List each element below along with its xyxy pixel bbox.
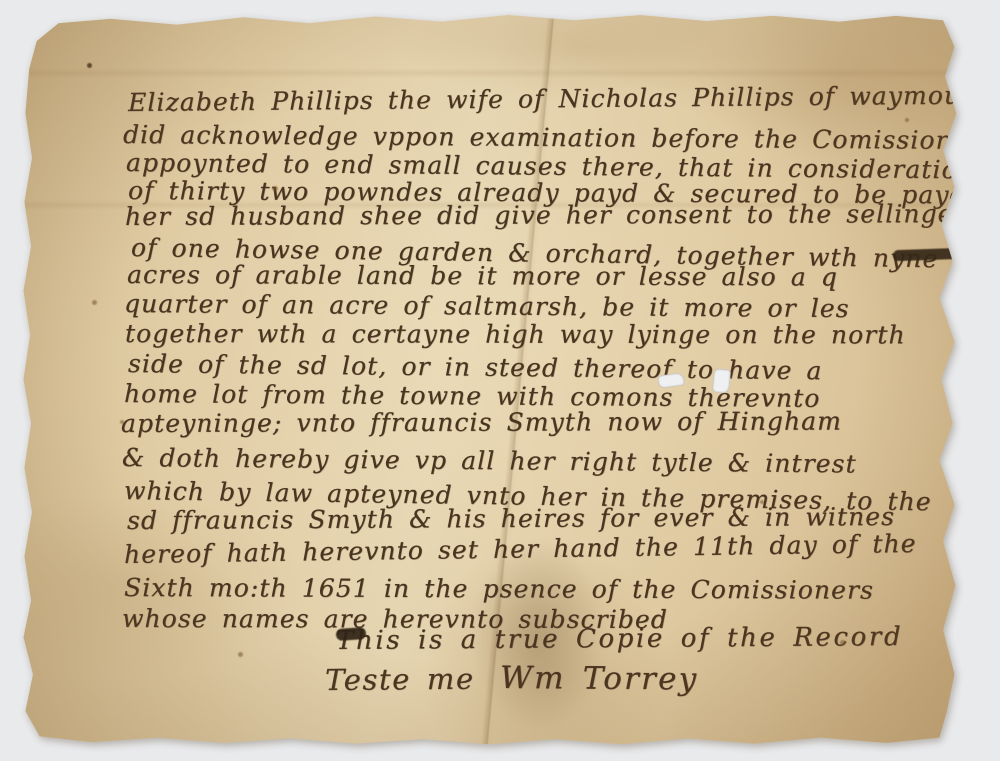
stain-spot	[272, 186, 278, 191]
manuscript-paper-wrap: Elizabeth Phillips the wife of Nicholas …	[16, 10, 962, 748]
ink-blot	[336, 627, 367, 641]
stain-spot	[760, 500, 764, 504]
manuscript-line-7: acres of arable land be it more or lesse…	[127, 260, 838, 291]
manuscript-line-12: apteyninge; vnto ffrauncis Smyth now of …	[121, 406, 842, 438]
stain-spot	[92, 300, 97, 305]
paper-hole	[712, 368, 731, 393]
attestation-line: This is a true Copie of the Record	[336, 622, 903, 656]
manuscript-line-9: together wth a certayne high way lyinge …	[125, 319, 906, 349]
signature-name: Wm Torrey	[500, 660, 699, 697]
stain-spot	[238, 652, 243, 657]
manuscript-paper: Elizabeth Phillips the wife of Nicholas …	[16, 10, 962, 748]
manuscript-line-13: & doth hereby give vp all her right tytl…	[122, 443, 857, 478]
stain-spot	[840, 640, 846, 645]
manuscript-line-8: quarter of an acre of saltmarsh, be it m…	[124, 289, 850, 323]
manuscript-line-5: her sd husband shee did give her consent…	[125, 199, 954, 231]
manuscript-line-17: Sixth mo:th 1651 in the psence of the Co…	[124, 573, 874, 605]
manuscript-line-16: hereof hath herevnto set her hand the 11…	[124, 529, 917, 569]
ink-blot	[893, 248, 962, 261]
manuscript-line-1: Elizabeth Phillips the wife of Nicholas …	[128, 80, 962, 117]
signature-prefix: Teste me	[325, 662, 475, 697]
stain-spot	[87, 63, 92, 68]
stain-spot	[905, 118, 909, 122]
horizontal-fold-crease	[16, 68, 962, 78]
scan-background: Elizabeth Phillips the wife of Nicholas …	[0, 0, 1000, 761]
stain-spot	[120, 420, 124, 424]
